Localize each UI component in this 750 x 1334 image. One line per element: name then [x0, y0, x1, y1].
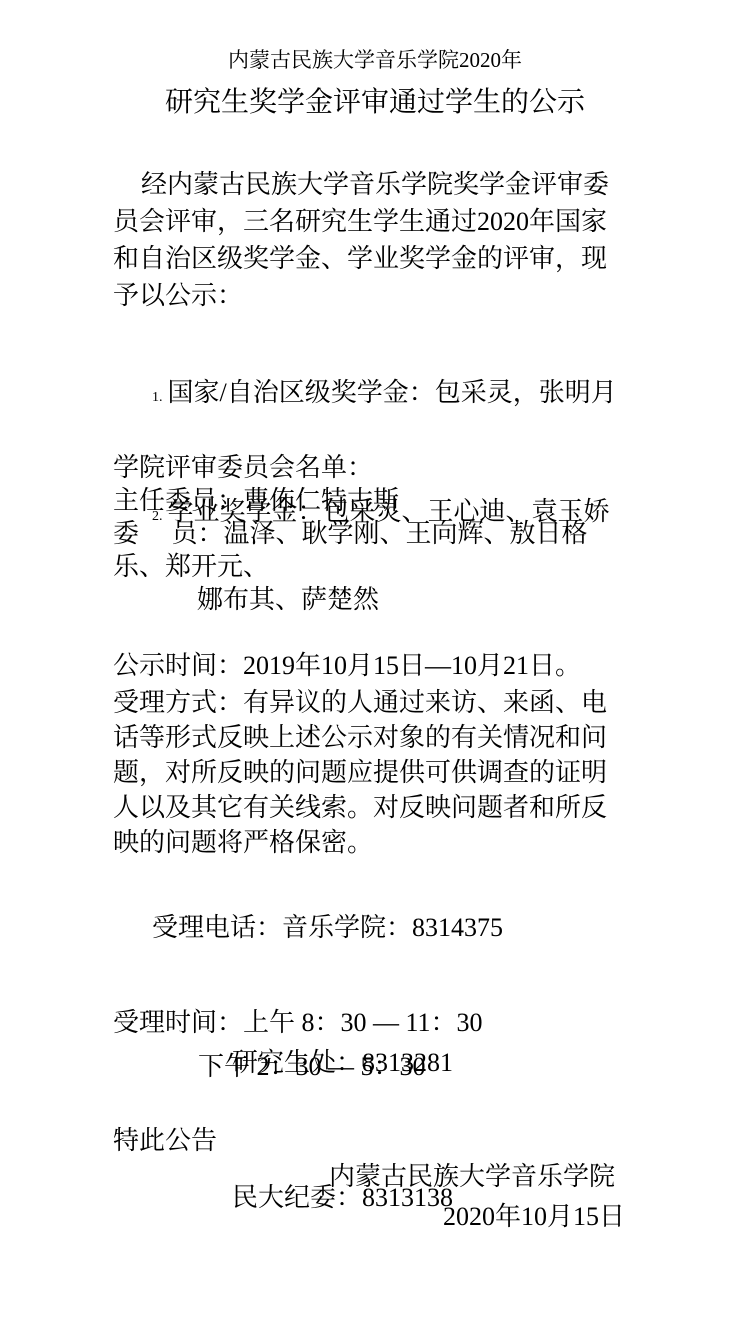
phone-number: 8314375 — [412, 913, 503, 942]
document-title-main-line: 研究生奖学金评审通过学生的公示 — [0, 80, 750, 120]
phone-label: 受理电话：音乐学院： — [152, 913, 412, 942]
publicity-period-text: 公示时间：2019年10月15日—10月21日。 — [113, 645, 633, 682]
committee-section: 学院评审委员会名单： 主任委员：曹佈仁特古斯 委 员：温泽、耿学刚、王向辉、敖日… — [113, 451, 633, 616]
publicity-period-line: 公示时间：2019年10月15日—10月21日。 — [113, 645, 633, 682]
intro-line: 和自治区级奖学金、学业奖学金的评审，现 — [113, 240, 633, 277]
method-line: 受理方式：有异议的人通过来访、来函、电 — [113, 685, 633, 720]
document-title-org-line: 内蒙古民族大学音乐学院2020年 — [0, 44, 750, 74]
closing-statement: 特此公告 — [113, 1120, 633, 1157]
complaint-method-paragraph: 受理方式：有异议的人通过来访、来函、电 话等形式反映上述公示对象的有关情况和问 … — [113, 685, 633, 860]
method-line: 映的问题将严格保密。 — [113, 825, 633, 860]
committee-members-line: 委 员：温泽、耿学刚、王向辉、敖日格 — [113, 517, 633, 550]
method-line: 话等形式反映上述公示对象的有关情况和问 — [113, 720, 633, 755]
intro-line: 员会评审，三名研究生学生通过2020年国家 — [113, 203, 633, 240]
committee-heading: 学院评审委员会名单： — [113, 451, 633, 484]
intro-line: 经内蒙古民族大学音乐学院奖学金评审委 — [113, 166, 633, 203]
closing-text: 特此公告 — [113, 1120, 633, 1157]
committee-chair-line: 主任委员：曹佈仁特古斯 — [113, 484, 633, 517]
signature-organization: 内蒙古民族大学音乐学院 — [113, 1156, 633, 1193]
announcement-document: 内蒙古民族大学音乐学院2020年 研究生奖学金评审通过学生的公示 经内蒙古民族大… — [0, 0, 750, 1334]
method-line: 题，对所反映的问题应提供可供调查的证明 — [113, 755, 633, 790]
award-list-item-text: 国家/自治区级奖学金：包采灵，张明月 — [168, 378, 617, 407]
signature-date-text: 2020年10月15日 — [113, 1196, 625, 1233]
intro-line: 予以公示： — [113, 277, 633, 314]
list-number: 1. — [152, 390, 168, 405]
award-list-item-national: 1.国家/自治区级奖学金：包采灵，张明月 — [113, 336, 633, 455]
phone-line-music-college: 受理电话：音乐学院：8314375 — [113, 860, 633, 995]
signature-date: 2020年10月15日 — [113, 1196, 633, 1233]
office-hours-morning: 受理时间：上午 8：30 — 11：30 — [113, 1001, 633, 1045]
committee-members-line: 乐、郑开元、 — [113, 550, 633, 583]
office-hours-section: 受理时间：上午 8：30 — 11：30 下午 2：30 — 5：30 — [113, 1001, 633, 1089]
office-hours-afternoon: 下午 2：30 — 5：30 — [113, 1045, 633, 1089]
committee-members-line: 娜布其、萨楚然 — [113, 583, 633, 616]
intro-paragraph: 经内蒙古民族大学音乐学院奖学金评审委 员会评审，三名研究生学生通过2020年国家… — [113, 166, 633, 314]
method-line: 人以及其它有关线索。对反映问题者和所反 — [113, 790, 633, 825]
signature-organization-text: 内蒙古民族大学音乐学院 — [113, 1156, 615, 1193]
